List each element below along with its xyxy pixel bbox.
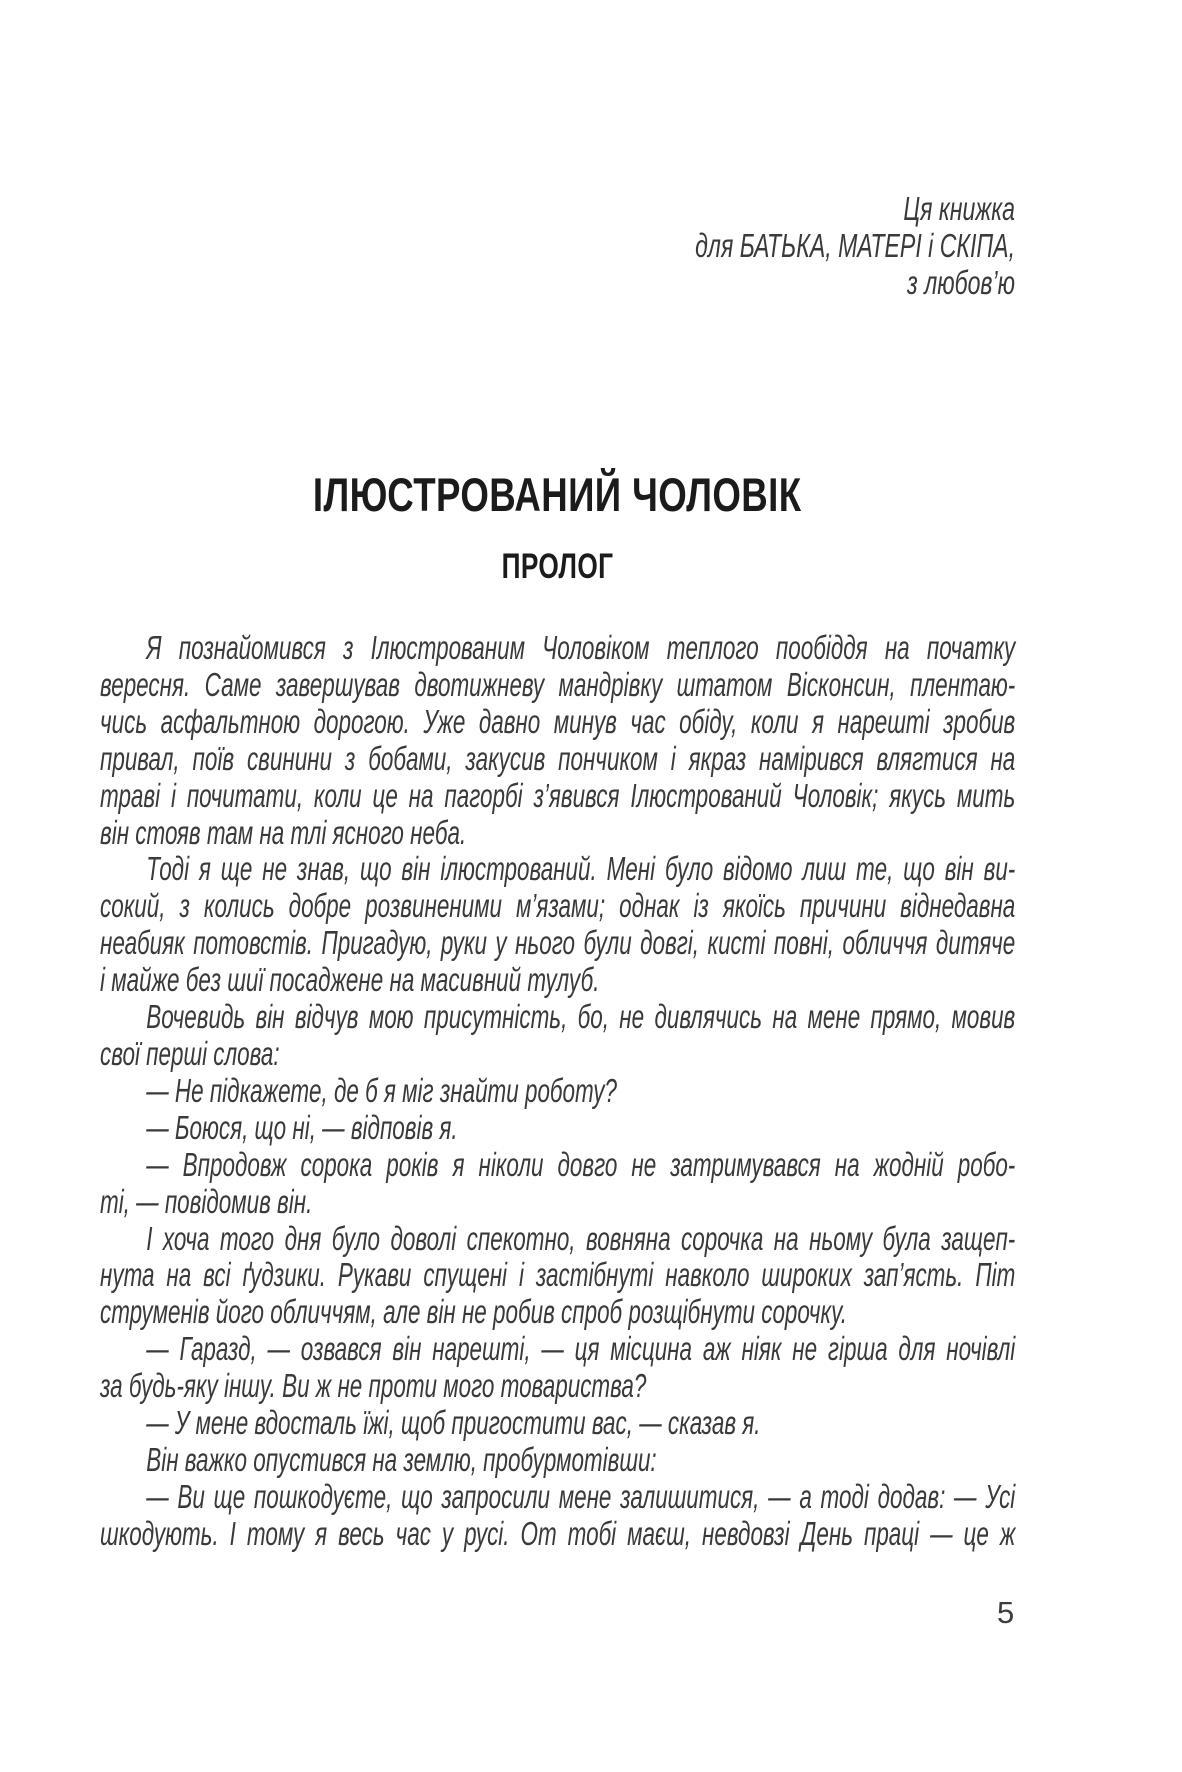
- text-line: вересня. Саме завершував двотижневу манд…: [100, 667, 1015, 704]
- text-line: ті, — повідомив він.: [100, 1184, 1015, 1221]
- text-line: чись асфальтною дорогою. Уже давно минув…: [100, 704, 1015, 741]
- text-line: свої перші слова:: [100, 1036, 1015, 1073]
- text-line: Я познайомився з Ілюстрованим Чоловіком …: [100, 630, 1015, 667]
- dedication: Ця книжкадля БАТЬКА, МАТЕРІ і СКІПА,з лю…: [315, 190, 1015, 301]
- body-text: Я познайомився з Ілюстрованим Чоловіком …: [100, 630, 1015, 1553]
- page-number: 5: [997, 1596, 1014, 1630]
- text-line: за будь-яку іншу. Ви ж не проти мого тов…: [100, 1368, 1015, 1405]
- chapter-title-text: ІЛЮСТРОВАНИЙ ЧОЛОВІК: [313, 470, 802, 520]
- text-line: траві і почитати, коли це на пагорбі з’я…: [100, 778, 1015, 815]
- section-subtitle-text: ПРОЛОГ: [502, 548, 614, 586]
- text-line: сокий, з колись добре розвиненими м’язам…: [100, 888, 1015, 925]
- text-line: привал, поїв свинини з бобами, закусив п…: [100, 741, 1015, 778]
- dedication-line: з любов’ю: [315, 264, 1015, 301]
- section-subtitle: ПРОЛОГ: [100, 548, 1015, 586]
- chapter-title: ІЛЮСТРОВАНИЙ ЧОЛОВІК: [100, 470, 1015, 520]
- text-line: — Ви ще пошкодуєте, що запросили мене за…: [100, 1479, 1015, 1516]
- text-line: Він важко опустився на землю, пробурмоті…: [100, 1442, 1015, 1479]
- text-line: нута на всі ґудзики. Рукави спущені і за…: [100, 1257, 1015, 1294]
- text-line: струменів його обличчям, але він не роби…: [100, 1294, 1015, 1331]
- text-line: шкодують. І тому я весь час у русі. От т…: [100, 1516, 1015, 1553]
- text-line: — Боюся, що ні, — відповів я.: [100, 1110, 1015, 1147]
- text-line: і майже без шиї посаджене на масивний ту…: [100, 962, 1015, 999]
- text-line: Вочевидь він відчув мою присутність, бо,…: [100, 999, 1015, 1036]
- text-line: — Не підкажете, де б я міг знайти роботу…: [100, 1073, 1015, 1110]
- book-page: Ця книжкадля БАТЬКА, МАТЕРІ і СКІПА,з лю…: [0, 0, 1182, 1772]
- dedication-line: для БАТЬКА, МАТЕРІ і СКІПА,: [315, 227, 1015, 264]
- text-line: І хоча того дня було доволі спекотно, во…: [100, 1221, 1015, 1258]
- text-line: — У мене вдосталь їжі, щоб пригостити ва…: [100, 1405, 1015, 1442]
- text-line: — Гаразд, — озвався він нарешті, — ця мі…: [100, 1331, 1015, 1368]
- text-line: Тоді я ще не знав, що він ілюстрований. …: [100, 851, 1015, 888]
- dedication-line: Ця книжка: [315, 190, 1015, 227]
- text-line: неабияк потовстів. Пригадую, руки у ньог…: [100, 925, 1015, 962]
- text-line: — Впродовж сорока років я ніколи довго н…: [100, 1147, 1015, 1184]
- text-line: він стояв там на тлі ясного неба.: [100, 815, 1015, 852]
